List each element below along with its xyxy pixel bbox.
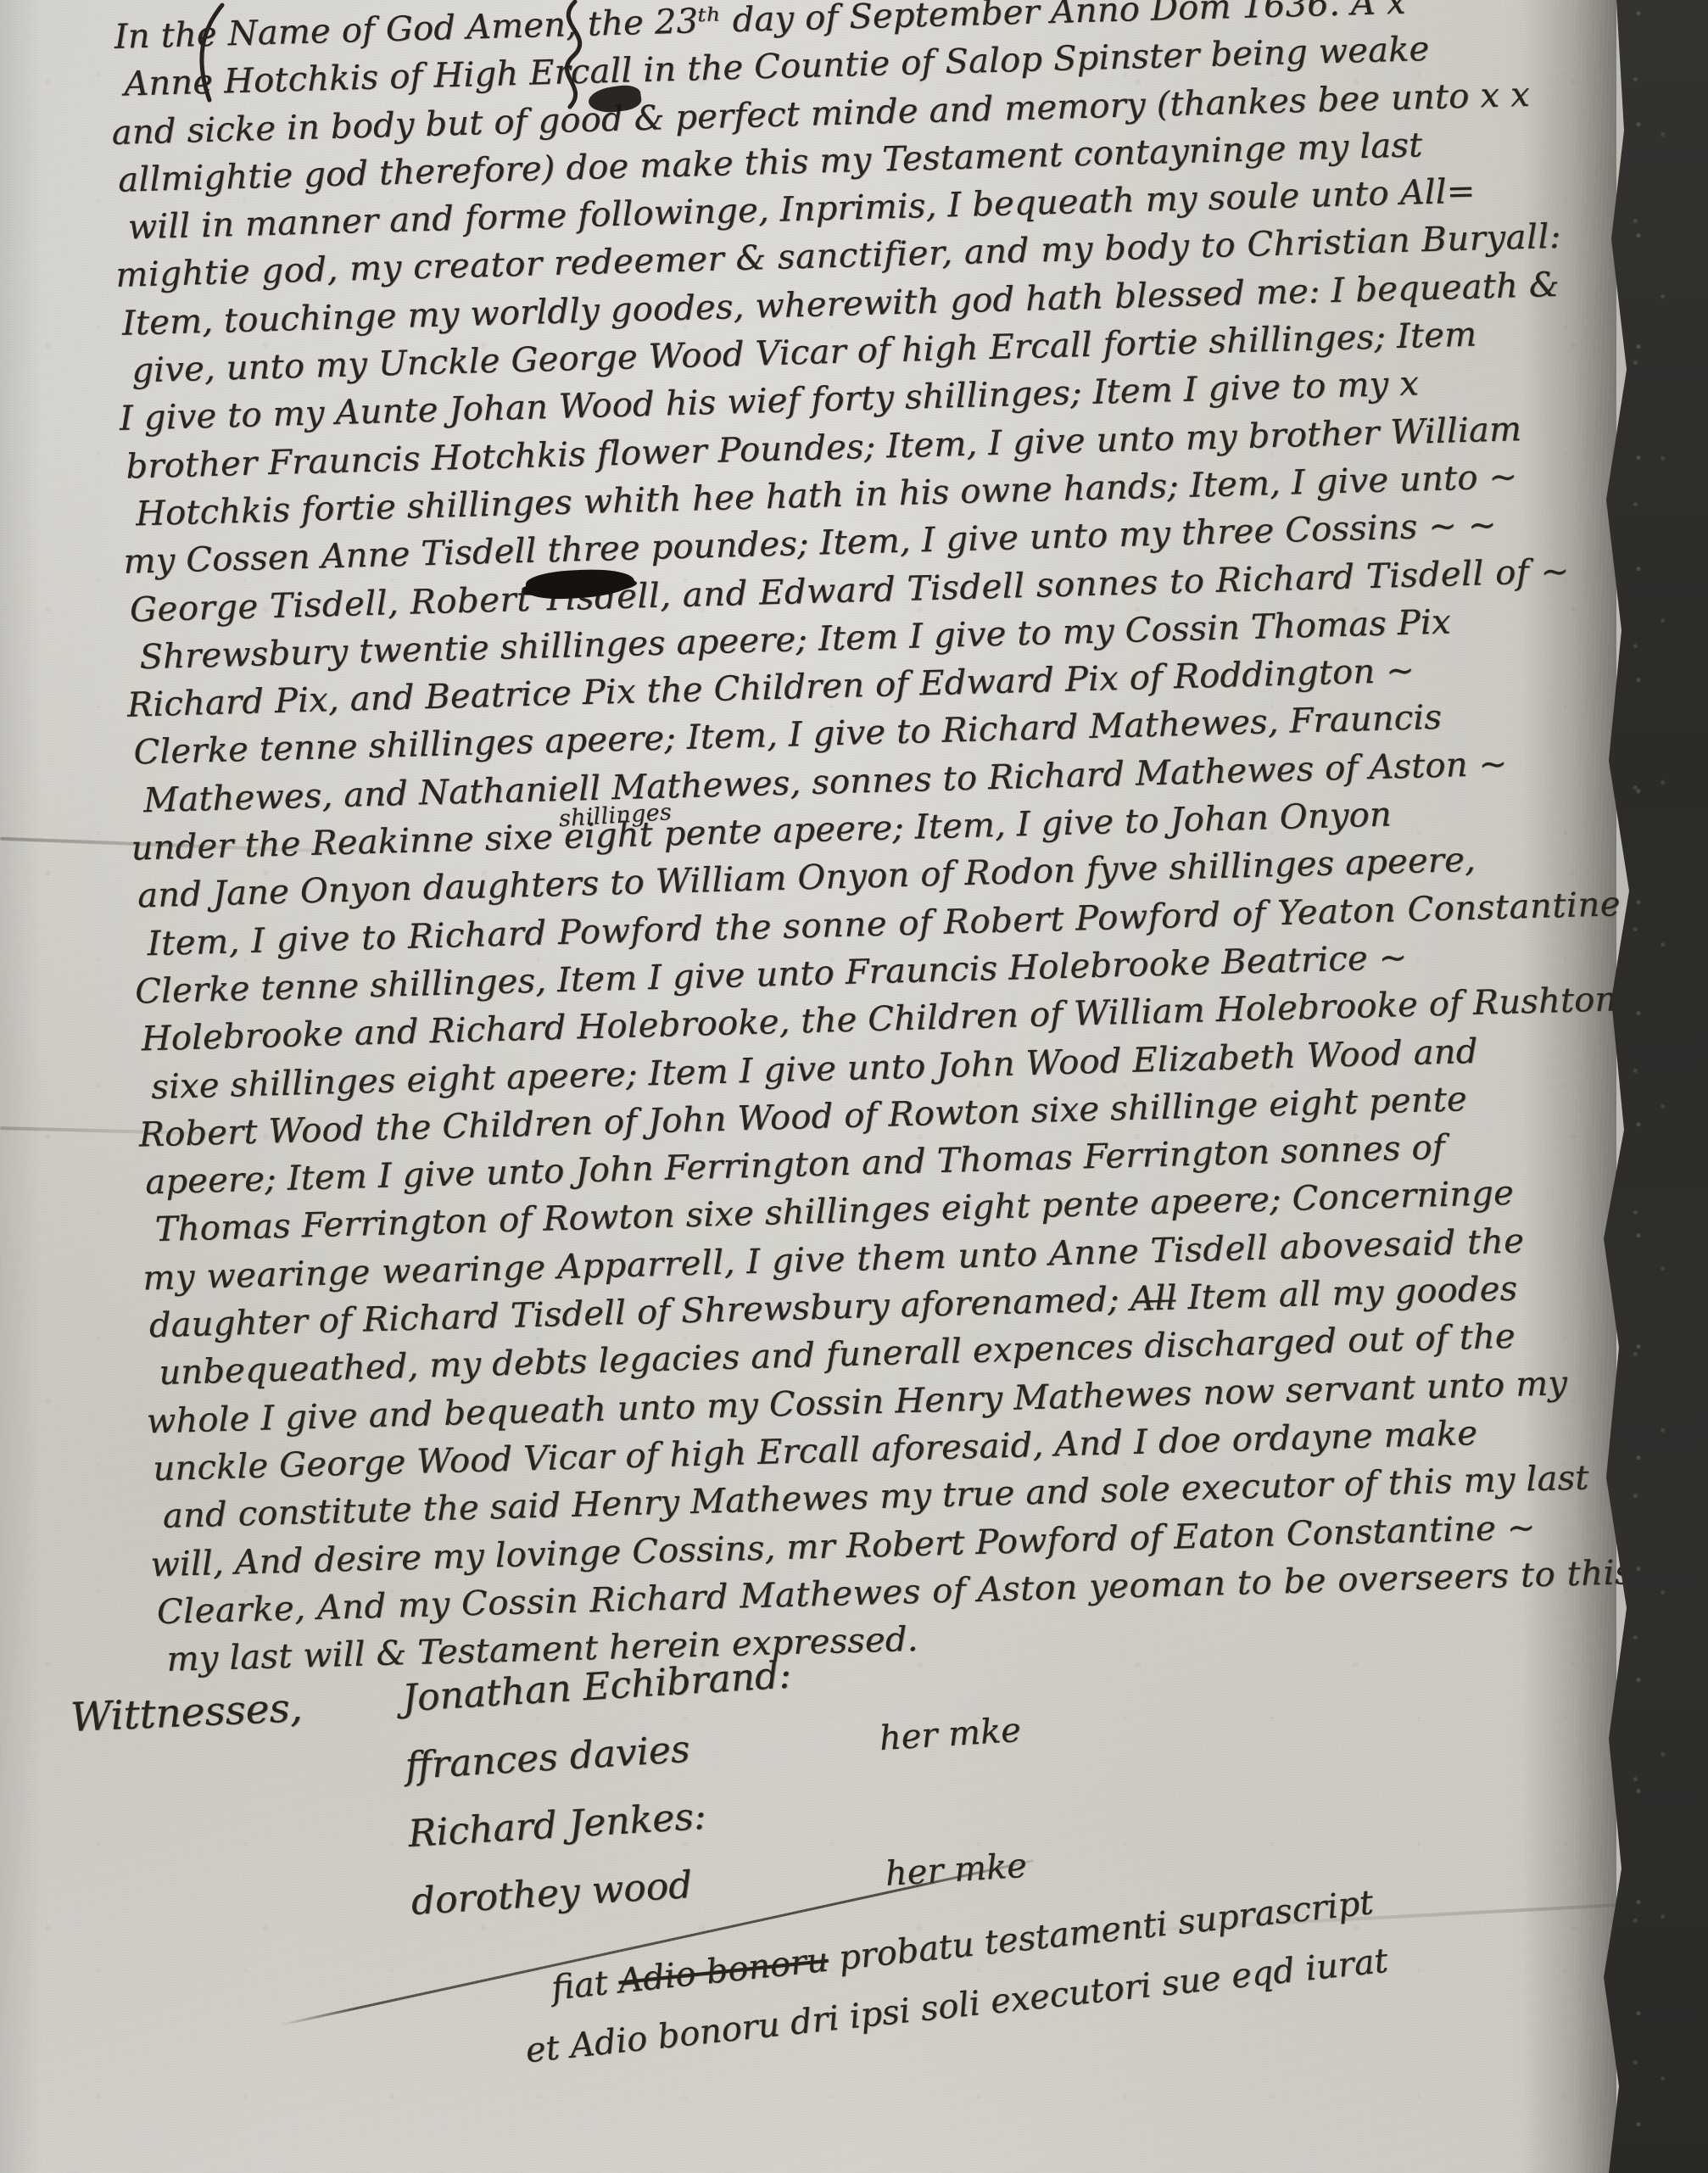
will-text-block: In the Name of God Amen, the 23ᵗʰ day of… <box>109 0 1641 1684</box>
witness-list: Jonathan Echibrand: ffrances daviesher m… <box>401 1624 1430 1940</box>
witness-mark <box>881 1787 884 1826</box>
probate-lead: fiat <box>550 1963 621 2008</box>
witness-mark <box>875 1651 878 1690</box>
witnesses-label: Wittnesses, <box>70 1684 304 1741</box>
manuscript-lines: In the Name of God Amen, the 23ᵗʰ day of… <box>109 0 1641 1684</box>
witness-section: Wittnesses, Jonathan Echibrand: ffrances… <box>70 1684 304 1741</box>
probate-struck-text: Adio bonoru <box>617 1941 830 2002</box>
manuscript-scan: In the Name of God Amen, the 23ᵗʰ day of… <box>0 0 1708 2173</box>
witness-mark: her mke <box>879 1711 1023 1758</box>
